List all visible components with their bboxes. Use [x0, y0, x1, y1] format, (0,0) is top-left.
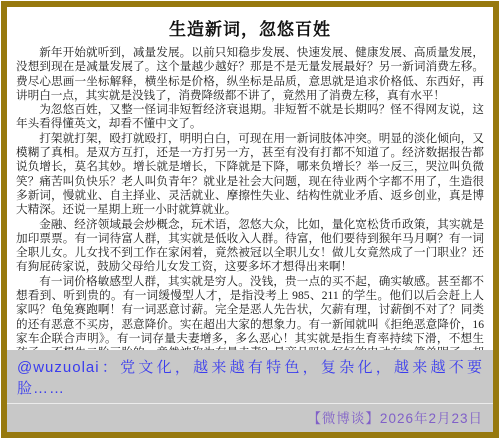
article-paragraphs: 新年开始就听到，减量发展。以前只知稳步发展、快速发展、健康发展、高质量发展，没想…: [16, 46, 484, 350]
article-body: 生造新词，忽悠百姓 新年开始就听到，减量发展。以前只知稳步发展、快速发展、健康发…: [7, 7, 493, 350]
paragraph: 打架就打架，殴打就殴打，明明白白，可现在用一新词肢体冲突。明显的淡化倾向，又模糊…: [16, 132, 484, 218]
paragraph: 为忽悠百姓，又整一怪词非短暂经济衰退期。非短暂不就是长期吗？怪不得网友说，这年头…: [16, 103, 484, 132]
paragraph: 有一词价格敏感型人群，其实就是穷人。没钱，贵一点的买不起，确实敏感。甚至都不想看…: [16, 275, 484, 350]
framed-post: 生造新词，忽悠百姓 新年开始就听到，减量发展。以前只知稳步发展、快速发展、健康发…: [1, 1, 499, 438]
comment-panel: @wuzuolai：党文化，越来越有特色，复杂化，越来越不要脸…… 【微博谈】2…: [7, 350, 493, 432]
paragraph: 金融、经济领域最会炒概念，玩术语，忽悠大众，比如，量化宽松货币政策，其实就是加印…: [16, 218, 484, 275]
footer-credit: 【微博谈】2026年2月23日: [7, 403, 493, 432]
comment-text: @wuzuolai：党文化，越来越有特色，复杂化，越来越不要脸……: [7, 350, 493, 403]
paragraph: 新年开始就听到，减量发展。以前只知稳步发展、快速发展、健康发展、高质量发展，没想…: [16, 46, 484, 103]
page-title: 生造新词，忽悠百姓: [16, 15, 484, 40]
